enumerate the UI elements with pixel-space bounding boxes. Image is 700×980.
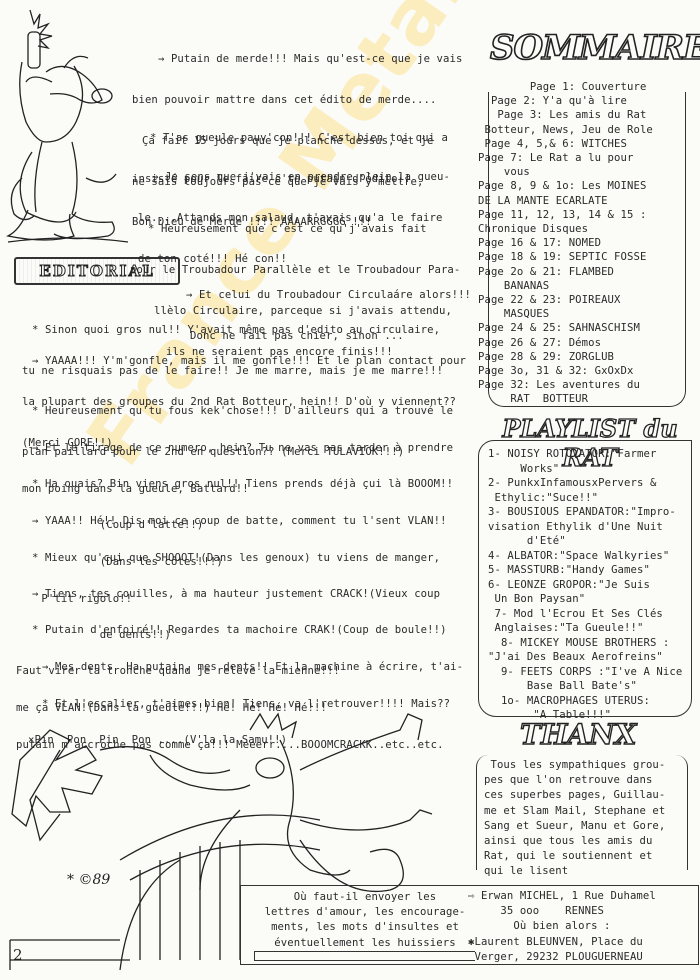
arrow-icon [254, 951, 475, 961]
playlist-item: 6- LEONZE GROPOR:"Je Suis [488, 578, 693, 593]
sommaire-item: Page 32: Les aventures du [478, 378, 693, 392]
sommaire-item: Page 3o, 31 & 32: GxOxDx [478, 364, 693, 378]
playlist-item: Works" [488, 462, 693, 477]
playlist-item: 8- MICKEY MOUSE BROTHERS : [488, 636, 693, 651]
sommaire-box: Page 1: Couverture Page 2: Y'a qu'à lire… [470, 80, 698, 410]
thanks-line: pes que l'on retrouve dans [484, 773, 689, 788]
sommaire-item: DE LA MANTE ECARLATE [478, 194, 693, 208]
thanks-line: Sang et Sueur, Manu et Gore, [484, 819, 689, 834]
contact-address-line: ✱Laurent BLEUNVEN, Place du [468, 935, 698, 950]
contact-address-line: 35 ooo RENNES [468, 904, 698, 919]
sommaire-item: Page 24 & 25: SAHNASCHISM [478, 321, 693, 335]
thanks-line: Rat, qui le soutiennent et [484, 849, 689, 864]
contact-question-line: Où faut-il envoyer les [255, 890, 475, 905]
sommaire-item: Page 2: Y'a qu'à lire [478, 94, 693, 108]
playlist-item: Base Ball Bate's" [488, 679, 693, 694]
sommaire-item: Page 11, 12, 13, 14 & 15 : [478, 208, 693, 222]
sommaire-item: Page 8, 9 & 1o: Les MOINES [478, 179, 693, 193]
text-line: * Heureusement que c'est ce qu'j'avais f… [130, 223, 460, 237]
playlist-item: 1o- MACROPHAGES UTERUS: [488, 694, 693, 709]
sommaire-item: Page 2o & 21: FLAMBED [478, 265, 693, 279]
text-line: → Je sens que j'vais en prendre plein la… [138, 171, 450, 185]
playlist-item: 7- Mod l'Ecrou Et Ses Clés [488, 607, 693, 622]
text-line: → YAAAA!!! Y'm'gonfle, mais il me gonfle… [22, 355, 466, 369]
playlist-item: 9- FEETS CORPS :"I've A Nice [488, 665, 693, 680]
playlist-item: Anglaises:"Ta Gueule!!" [488, 621, 693, 636]
contact-question: Où faut-il envoyer leslettres d'amour, l… [255, 890, 475, 951]
sommaire-item: Page 1: Couverture [478, 80, 693, 94]
contact-question-line: éventuellement les huissiers [255, 936, 475, 951]
sommaire-item: RAT BOTTEUR [478, 392, 693, 406]
fanzine-page: France Metal Museum EDITORIAL → Putain d… [0, 0, 700, 980]
contact-question-line: lettres d'amour, les encourage- [255, 905, 475, 920]
thanks-line: qui le lisent [484, 864, 689, 879]
playlist-item: 3- BOUSIOUS EPANDATOR:"Impro- [488, 505, 693, 520]
sommaire-title: SOMMAIRE [490, 28, 680, 72]
playlist-item: 4- ALBATOR:"Space Walkyries" [488, 549, 693, 564]
text-line: → Putain de merde!!! Mais qu'est-ce que … [132, 53, 462, 67]
contact-address-line: Où bien alors : [468, 919, 698, 934]
thanks-text: Tous les sympathiques grou-pes que l'on … [484, 758, 689, 880]
sommaire-item: Page 22 & 23: POIREAUX [478, 293, 693, 307]
sommaire-item: Botteur, News, Jeu de Role [478, 123, 693, 137]
sommaire-item: Page 18 & 19: SEPTIC FOSSE [478, 250, 693, 264]
sommaire-item: Page 7: Le Rat a lu pour [478, 151, 693, 165]
sommaire-item: MASQUES [478, 307, 693, 321]
sommaire-item: Page 28 & 29: ZORGLUB [478, 350, 693, 364]
sommaire-item: Page 3: Les amis du Rat [478, 108, 693, 122]
sommaire-item: Chronique Disques [478, 222, 693, 236]
playlist-item: 1- NOISY ROTOVATOR:"Farmer [488, 447, 693, 462]
contact-addresses: ⇨ Erwan MICHEL, 1 Rue Duhamel 35 ooo REN… [468, 889, 698, 965]
sommaire-item: vous [478, 165, 693, 179]
sommaire-item: Page 16 & 17: NOMED [478, 236, 693, 250]
copyright-mark: * ©89 [67, 872, 110, 888]
playlist-list: 1- NOISY ROTOVATOR:"Farmer Works"2- Punk… [488, 447, 693, 723]
thanks-title: THANX [520, 718, 660, 758]
playlist-item: Ethylic:"Suce!!" [488, 491, 693, 506]
playlist-item: Un Bon Paysan" [488, 592, 693, 607]
page-number: 2 [13, 946, 23, 964]
sommaire-list: Page 1: Couverture Page 2: Y'a qu'à lire… [478, 80, 693, 407]
playlist-item: 2- PunkxInfamousxPervers & [488, 476, 693, 491]
sommaire-item: Page 4, 5,& 6: WITCHES [478, 137, 693, 151]
playlist-item: "J'ai Des Beaux Aerofreins" [488, 650, 693, 665]
thanks-line: Tous les sympathiques grou- [484, 758, 689, 773]
thanks-line: ces superbes pages, Guillau- [484, 788, 689, 803]
playlist-item: visation Ethylik d'Une Nuit [488, 520, 693, 535]
thanks-line: me et Slam Mail, Stephane et [484, 804, 689, 819]
playlist-item: d'Eté" [488, 534, 693, 549]
contact-address-line: Verger, 29232 PLOUGUERNEAU [468, 950, 698, 965]
sommaire-item: Page 26 & 27: Démos [478, 336, 693, 350]
playlist-item: 5- MASSTURB:"Handy Games" [488, 563, 693, 578]
thanks-line: ainsi que tous les amis du [484, 834, 689, 849]
contact-address-line: ⇨ Erwan MICHEL, 1 Rue Duhamel [468, 889, 698, 904]
sommaire-item: BANANAS [478, 279, 693, 293]
contact-question-line: ments, les mots d'insultes et [255, 920, 475, 935]
editorial-column: → Putain de merde!!! Mais qu'est-ce que … [0, 0, 470, 720]
